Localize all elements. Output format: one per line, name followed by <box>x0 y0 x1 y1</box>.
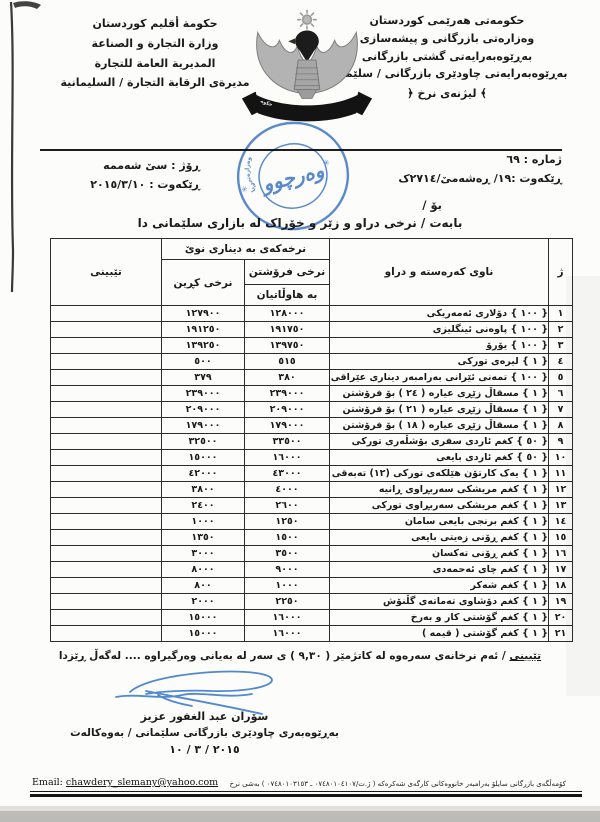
table-row: ١٩{ ١ } کغم دۆشاوی تەماتەی گڵنۆش٢٢٥٠٢٠٠٠ <box>50 594 572 610</box>
cell-no: ٩ <box>549 434 573 450</box>
cell-no: ٧ <box>549 402 573 418</box>
cell-note <box>50 514 161 530</box>
eagle-tail <box>297 90 317 99</box>
cell-name: { ١ } کغم ڕۆنی تەکسان <box>330 546 549 562</box>
cell-sell: ١٠٠٠ <box>245 578 330 594</box>
cell-no: ١٨ <box>549 578 573 594</box>
cell-name: { ١٠٠ } تمەنی ئێرانی بەرامبەر دیناری عێر… <box>330 370 549 386</box>
footer-divider-thin <box>30 791 582 792</box>
cell-name: { ١٠٠ } دۆلاری ئەمەریکی <box>330 306 549 322</box>
cell-buy: ١٥٠٠٠ <box>161 610 244 626</box>
cell-sell: ١٩١٧٥٠ <box>245 322 330 338</box>
table-row: ١٥{ ١ } کغم ڕۆنی زەیتی بایعی١٥٠٠١٣٥٠ <box>50 530 572 546</box>
cell-buy: ٣٠٠٠ <box>161 546 244 562</box>
cell-name: { ١ } مسقاڵ زێڕی عیارە ( ٢١ ) بۆ فرۆشتن <box>330 402 549 418</box>
cell-name: { ١ } کغم گۆشتی ( قیمە ) <box>330 626 549 642</box>
cell-name: { ٥٠ } کغم ئاردی سفری بۆشڵەری تورکی <box>330 434 549 450</box>
col-header-sell-price: نرخی فرۆشتن <box>245 260 330 285</box>
table-row: ٢١{ ١ } کغم گۆشتی ( قیمە )١٦٠٠٠١٥٠٠٠ <box>50 626 572 642</box>
to-line: بۆ / <box>422 198 442 212</box>
col-header-price-group: نرخەکەی بە دیناری نوێ <box>161 239 329 260</box>
col-header-sell-sub: بە هاوڵاتیان <box>245 285 330 306</box>
eagle-body <box>294 60 320 90</box>
cell-name: { ١ } کغم ڕۆنی زەیتی بایعی <box>330 530 549 546</box>
table-row: ٦{ ١ } مسقاڵ زێڕی عیارە ( ٢٤ ) بۆ فرۆشتن… <box>50 386 572 402</box>
cell-buy: ٣٧٩ <box>161 370 244 386</box>
table-row: ٧{ ١ } مسقاڵ زێڕی عیارە ( ٢١ ) بۆ فرۆشتن… <box>50 402 572 418</box>
cell-note <box>50 562 161 578</box>
kurdish-date-line: ڕێکەوت :١٩/ ڕەشەمێ/٢٧١٤ک <box>398 170 562 189</box>
cell-sell: ٤٣٠٠٠ <box>245 466 330 482</box>
cell-sell: ٥١٥ <box>245 354 330 370</box>
table-row: ١٧{ ١ } کغم چای ئەحمەدی٩٠٠٠٨٠٠٠ <box>50 562 572 578</box>
table-row: ١٨{ ١ } کغم شەکر١٠٠٠٨٠٠ <box>50 578 572 594</box>
cell-buy: ٥٠٠ <box>161 354 244 370</box>
col-header-buy-price: نرخی کڕین <box>161 260 244 306</box>
day-line: ڕۆژ : سێ شەممە <box>90 156 200 175</box>
cell-no: ٢٠ <box>549 610 573 626</box>
cell-sell: ٣٣٥٠٠ <box>245 434 330 450</box>
cell-buy: ٣٨٠٠ <box>161 482 244 498</box>
stamp-ring-text-bottom: بەڕێوەبەرایەتی چاودێری بازرگانی سلێمانی <box>228 120 259 196</box>
krg-eagle-emblem: حکومەتی هەرێمی کوردستان <box>238 4 376 124</box>
table-row: ١٠{ ٥٠ } کغم ئاردی بایعی١٦٠٠٠١٥٠٠٠ <box>50 450 572 466</box>
cell-sell: ١٦٠٠٠ <box>245 450 330 466</box>
eagle-beak <box>288 38 295 44</box>
cell-name: { ١ } یەک کارتۆن هێلکەی تورکی (١٢) تەبەق… <box>330 466 549 482</box>
table-row: ٢٠{ ١ } کغم گۆشتی کار و بەرخ١٦٠٠٠١٥٠٠٠ <box>50 610 572 626</box>
table-row: ٤{ ١ } لیرەی تورکی٥١٥٥٠٠ <box>50 354 572 370</box>
cell-note <box>50 498 161 514</box>
col-header-number: ژ <box>549 239 573 306</box>
cell-no: ٣ <box>549 338 573 354</box>
cell-sell: ١٥٠٠ <box>245 530 330 546</box>
cell-note <box>50 402 161 418</box>
cell-buy: ٢٤٠٠ <box>161 498 244 514</box>
cell-name: { ١ } مسقاڵ زێڕی عیارە ( ١٨ ) بۆ فرۆشتن <box>330 418 549 434</box>
cell-no: ٢ <box>549 322 573 338</box>
cell-note <box>50 482 161 498</box>
stamp-ring-text-top: وەزارەتی بازرگانی <box>228 118 261 199</box>
meta-number-block: ژمارە : ٦٩ ڕێکەوت :١٩/ ڕەشەمێ/٢٧١٤ک <box>398 151 562 188</box>
price-table-body: ١{ ١٠٠ } دۆلاری ئەمەریکی١٢٨٠٠٠١٢٧٩٠٠٢{ ١… <box>50 306 572 642</box>
cell-no: ١٥ <box>549 530 573 546</box>
cell-buy: ٤٢٠٠٠ <box>161 466 244 482</box>
cell-no: ١٦ <box>549 546 573 562</box>
date-line: ڕێکەوت : ٢٠١٥/٣/١٠ <box>90 175 200 194</box>
cell-note <box>50 578 161 594</box>
cell-note <box>50 466 161 482</box>
table-footnote: تێبینی / ئەم نرخانەی سەرەوە لە کاتژمێر (… <box>0 650 600 662</box>
cell-name: { ١ } کغم مریشکی سەربڕاوی ڕانیە <box>330 482 549 498</box>
table-row: ٣{ ١٠٠ } یۆرۆ١٣٩٧٥٠١٣٩٢٥٠ <box>50 338 572 354</box>
footer-address: کۆمەڵگەی بازرگانی سایلۆ بەرامبەر خانووەک… <box>230 780 566 788</box>
cell-note <box>50 530 161 546</box>
cell-sell: ٤٠٠٠ <box>245 482 330 498</box>
cell-buy: ٨٠٠ <box>161 578 244 594</box>
cell-note <box>50 546 161 562</box>
cell-note <box>50 594 161 610</box>
cell-no: ٤ <box>549 354 573 370</box>
stamp-center-text: وەرچوو <box>257 158 327 198</box>
cell-sell: ١٦٠٠٠ <box>245 610 330 626</box>
table-row: ٢{ ١٠٠ } پاوەنی ئینگلیزی١٩١٧٥٠١٩١٢٥٠ <box>50 322 572 338</box>
cell-name: { ١ } کغم برنجی بایعی سامان <box>330 514 549 530</box>
cell-no: ١٤ <box>549 514 573 530</box>
footnote-text: / ئەم نرخانەی سەرەوە لە کاتژمێر ( ٩,٣٠ )… <box>59 650 509 662</box>
email-label: Email: <box>32 777 66 788</box>
table-row: ١٢{ ١ } کغم مریشکی سەربڕاوی ڕانیە٤٠٠٠٣٨٠… <box>50 482 572 498</box>
table-row: ١٦{ ١ } کغم ڕۆنی تەکسان٣٥٠٠٣٠٠٠ <box>50 546 572 562</box>
cell-name: { ١ } لیرەی تورکی <box>330 354 549 370</box>
table-row: ١{ ١٠٠ } دۆلاری ئەمەریکی١٢٨٠٠٠١٢٧٩٠٠ <box>50 306 572 322</box>
cell-note <box>50 418 161 434</box>
cell-sell: ٢٠٩٠٠٠ <box>245 402 330 418</box>
cell-note <box>50 370 161 386</box>
table-row: ٨{ ١ } مسقاڵ زێڕی عیارە ( ١٨ ) بۆ فرۆشتن… <box>50 418 572 434</box>
stamp-star-right: ✳ <box>322 158 331 168</box>
cell-sell: ٣٥٠٠ <box>245 546 330 562</box>
subject-line: بابەت / نرخی دراو و زێر و خۆراک لە بازار… <box>0 216 600 230</box>
sun-icon <box>297 10 317 30</box>
cell-sell: ١٢٥٠ <box>245 514 330 530</box>
cell-no: ١ <box>549 306 573 322</box>
cell-note <box>50 338 161 354</box>
cell-sell: ١٧٩٠٠٠ <box>245 418 330 434</box>
cell-sell: ٣٨٠ <box>245 370 330 386</box>
cell-buy: ١٢٧٩٠٠ <box>161 306 244 322</box>
col-header-notes: تێبینی <box>50 239 161 306</box>
cell-note <box>50 306 161 322</box>
cell-no: ١٠ <box>549 450 573 466</box>
cell-buy: ٢٣٩٠٠٠ <box>161 386 244 402</box>
col-header-item-name: ناوی کەرەستە و دراو <box>330 239 549 306</box>
cell-note <box>50 610 161 626</box>
cell-note <box>50 322 161 338</box>
cell-sell: ٢٦٠٠ <box>245 498 330 514</box>
cell-buy: ٢٠٩٠٠٠ <box>161 402 244 418</box>
signature-block: سۆران عبد الغفور عزیز بەڕێوەبەری چاودێری… <box>52 708 357 758</box>
cell-name: { ١٠٠ } پاوەنی ئینگلیزی <box>330 322 549 338</box>
cell-no: ١١ <box>549 466 573 482</box>
cell-note <box>50 434 161 450</box>
scanned-price-document: حكومة أقليم كوردستان وزارة التجارة و الص… <box>0 0 600 822</box>
cell-name: { ١ } کغم شەکر <box>330 578 549 594</box>
ref-number-line: ژمارە : ٦٩ <box>398 151 562 170</box>
email-link[interactable]: chawdery_slemany@yahoo.com <box>66 777 218 788</box>
footer-divider-thick <box>30 794 582 797</box>
cell-no: ١٧ <box>549 562 573 578</box>
cell-note <box>50 354 161 370</box>
cell-buy: ١٥٠٠٠ <box>161 626 244 642</box>
cell-buy: ١٠٠٠ <box>161 514 244 530</box>
cell-no: ٢١ <box>549 626 573 642</box>
cell-no: ٥ <box>549 370 573 386</box>
cell-sell: ١٦٠٠٠ <box>245 626 330 642</box>
cell-no: ١٣ <box>549 498 573 514</box>
stamp-star-left: ✳ <box>240 184 249 194</box>
cell-buy: ١٣٩٢٥٠ <box>161 338 244 354</box>
table-row: ١١{ ١ } یەک کارتۆن هێلکەی تورکی (١٢) تەب… <box>50 466 572 482</box>
footnote-label: تێبینی <box>509 650 541 662</box>
cell-buy: ١٧٩٠٠٠ <box>161 418 244 434</box>
signer-name: سۆران عبد الغفور عزیز <box>52 708 357 725</box>
signer-title: بەڕێوەبەری چاودێری بازرگانی سلێمانی / بە… <box>52 725 357 741</box>
meta-date-block: ڕۆژ : سێ شەممە ڕێکەوت : ٢٠١٥/٣/١٠ <box>90 156 200 195</box>
cell-note <box>50 626 161 642</box>
cell-name: { ١ } مسقاڵ زێڕی عیارە ( ٢٤ ) بۆ فرۆشتن <box>330 386 549 402</box>
cell-note <box>50 386 161 402</box>
cell-buy: ١٥٠٠٠ <box>161 450 244 466</box>
footer-email: Email: chawdery_slemany@yahoo.com <box>32 777 218 788</box>
cell-sell: ٢٣٩٠٠٠ <box>245 386 330 402</box>
cell-name: { ١ } کغم چای ئەحمەدی <box>330 562 549 578</box>
cell-no: ١٢ <box>549 482 573 498</box>
cell-sell: ١٣٩٧٥٠ <box>245 338 330 354</box>
cell-no: ١٩ <box>549 594 573 610</box>
table-row: ٥{ ١٠٠ } تمەنی ئێرانی بەرامبەر دیناری عێ… <box>50 370 572 386</box>
table-row: ٩{ ٥٠ } کغم ئاردی سفری بۆشڵەری تورکی٣٣٥٠… <box>50 434 572 450</box>
price-table-container: ژ ناوی کەرەستە و دراو نرخەکەی بە دیناری … <box>49 238 573 642</box>
cell-sell: ١٢٨٠٠٠ <box>245 306 330 322</box>
cell-note <box>50 450 161 466</box>
cell-buy: ٣٢٥٠٠ <box>161 434 244 450</box>
cell-buy: ١٣٥٠ <box>161 530 244 546</box>
cell-name: { ١٠٠ } یۆرۆ <box>330 338 549 354</box>
cell-name: { ١ } کغم دۆشاوی تەماتەی گڵنۆش <box>330 594 549 610</box>
cell-name: { ٥٠ } کغم ئاردی بایعی <box>330 450 549 466</box>
gregorian-date: ٢٠١٥/٣/١٠ <box>90 175 145 194</box>
price-table: ژ ناوی کەرەستە و دراو نرخەکەی بە دیناری … <box>50 238 573 642</box>
table-row: ١٣{ ١ } کغم مریشکی سەربڕاوی تورکی٢٦٠٠٢٤٠… <box>50 498 572 514</box>
signature-date: ٢٠١٥ / ٣ / ١٠ <box>52 741 357 758</box>
cell-name: { ١ } کغم گۆشتی کار و بەرخ <box>330 610 549 626</box>
cell-sell: ٩٠٠٠ <box>245 562 330 578</box>
cell-buy: ٨٠٠٠ <box>161 562 244 578</box>
cell-no: ٦ <box>549 386 573 402</box>
table-row: ١٤{ ١ } کغم برنجی بایعی سامان١٢٥٠١٠٠٠ <box>50 514 572 530</box>
cell-sell: ٢٢٥٠ <box>245 594 330 610</box>
cell-name: { ١ } کغم مریشکی سەربڕاوی تورکی <box>330 498 549 514</box>
cell-buy: ١٩١٢٥٠ <box>161 322 244 338</box>
cell-buy: ٢٠٠٠ <box>161 594 244 610</box>
cell-no: ٨ <box>549 418 573 434</box>
